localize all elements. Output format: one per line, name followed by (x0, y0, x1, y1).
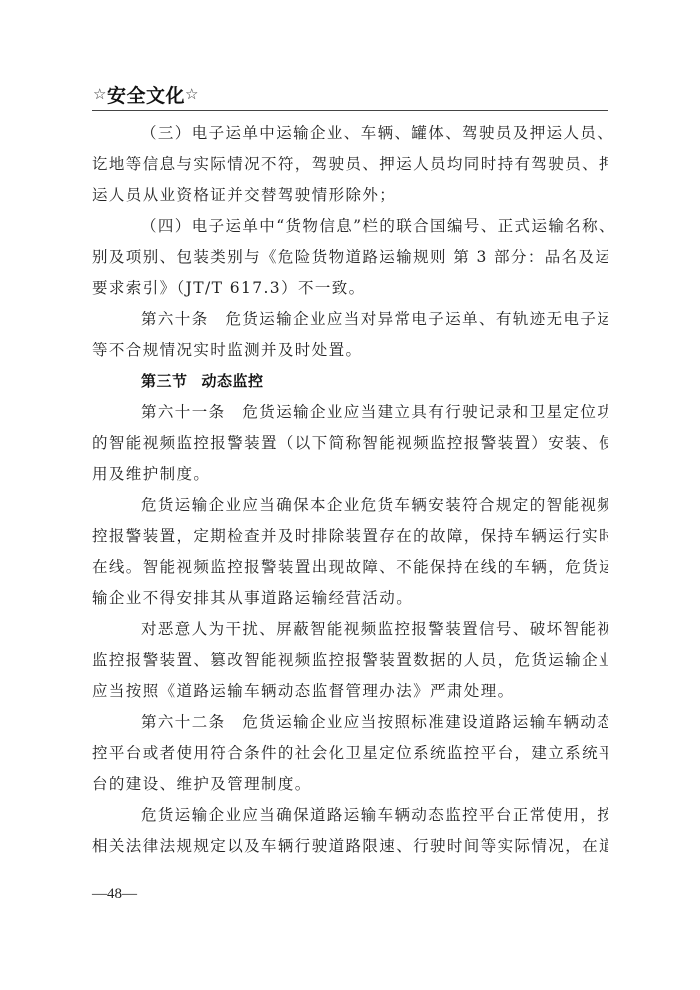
paragraph-line: 输企业不得安排其从事道路运输经营活动。 (92, 583, 608, 614)
body-text: （三）电子运单中运输企业、车辆、罐体、驾驶员及押运人员、起 讫地等信息与实际情况… (92, 118, 608, 862)
paragraph-line: 用及维护制度。 (92, 459, 608, 490)
paragraph-line: 的智能视频监控报警装置（以下简称智能视频监控报警装置）安装、使 (92, 428, 608, 459)
star-icon: ☆ (93, 85, 107, 103)
section-title: 动态监控 (202, 372, 264, 390)
paragraph-line: 危货运输企业应当确保本企业危货车辆安装符合规定的智能视频监 (92, 490, 608, 521)
paragraph-line: 在线。智能视频监控报警装置出现故障、不能保持在线的车辆，危货运 (92, 552, 608, 583)
header-rule (92, 110, 608, 111)
star-icon: ☆ (185, 85, 199, 103)
paragraph-line: 台的建设、维护及管理制度。 (92, 769, 608, 800)
paragraph-line: 要求索引》（JT/T 617.3）不一致。 (92, 273, 608, 304)
paragraph-line: 控报警装置，定期检查并及时排除装置存在的故障，保持车辆运行实时 (92, 521, 608, 552)
article-61-line: 第六十一条 危货运输企业应当建立具有行驶记录和卫星定位功能 (92, 397, 608, 428)
paragraph-line: 控平台或者使用符合条件的社会化卫星定位系统监控平台，建立系统平 (92, 738, 608, 769)
header-title: 安全文化 (107, 81, 185, 108)
article-60-line: 第六十条 危货运输企业应当对异常电子运单、有轨迹无电子运单 (92, 304, 608, 335)
paragraph-line: 等不合规情况实时监测并及时处置。 (92, 335, 608, 366)
page-header: ☆ 安全文化 ☆ (93, 80, 199, 108)
section-number: 第三节 (141, 372, 188, 390)
paragraph-line: 讫地等信息与实际情况不符，驾驶员、押运人员均同时持有驾驶员、押 (92, 149, 608, 180)
paragraph-line: （三）电子运单中运输企业、车辆、罐体、驾驶员及押运人员、起 (92, 118, 608, 149)
paragraph-line: 运人员从业资格证并交替驾驶情形除外； (92, 180, 608, 211)
paragraph-line: 监控报警装置、篡改智能视频监控报警装置数据的人员，危货运输企业 (92, 645, 608, 676)
paragraph-line: 应当按照《道路运输车辆动态监督管理办法》严肃处理。 (92, 676, 608, 707)
paragraph-line: （四）电子运单中“货物信息”栏的联合国编号、正式运输名称、类 (92, 211, 608, 242)
article-62-line: 第六十二条 危货运输企业应当按照标准建设道路运输车辆动态监 (92, 707, 608, 738)
paragraph-line: 别及项别、包装类别与《危险货物道路运输规则 第 3 部分：品名及运输 (92, 242, 608, 273)
section-heading: 第三节动态监控 (92, 366, 608, 397)
paragraph-line: 相关法律法规规定以及车辆行驶道路限速、行驶时间等实际情况，在道 (92, 831, 608, 862)
document-page: ☆ 安全文化 ☆ （三）电子运单中运输企业、车辆、罐体、驾驶员及押运人员、起 讫… (0, 0, 700, 990)
paragraph-line: 危货运输企业应当确保道路运输车辆动态监控平台正常使用，按照 (92, 800, 608, 831)
paragraph-line: 对恶意人为干扰、屏蔽智能视频监控报警装置信号、破坏智能视频 (92, 614, 608, 645)
page-number: —48— (92, 886, 137, 903)
